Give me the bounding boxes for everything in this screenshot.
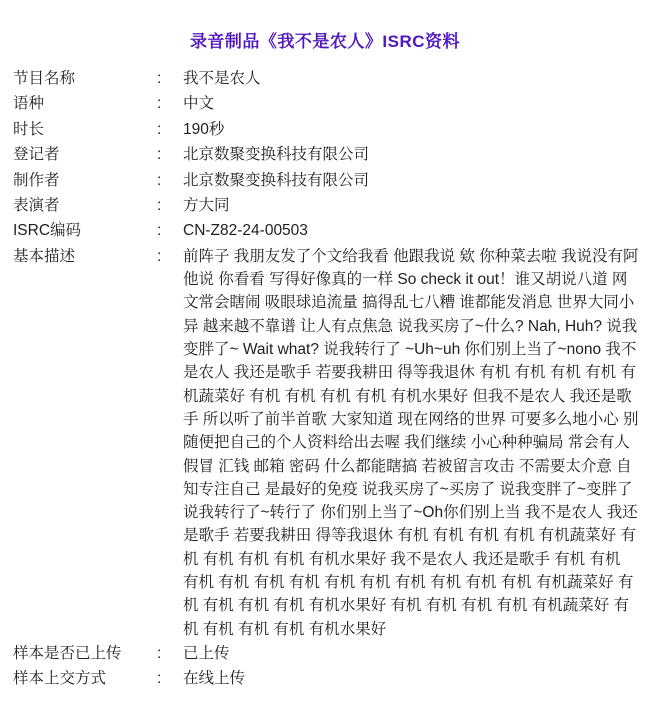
field-value-sample-uploaded: 已上传	[183, 641, 640, 666]
field-separator: :	[157, 218, 183, 243]
field-separator: :	[157, 142, 183, 167]
document-page: 录音制品《我不是农人》ISRC资料 节目名称 : 我不是农人 语种 : 中文 时…	[0, 0, 650, 716]
field-separator: :	[157, 91, 183, 116]
field-value-sample-submission: 在线上传	[183, 666, 640, 691]
field-row-isrc-code: ISRC编码 : CN-Z82-24-00503	[0, 218, 650, 243]
field-label-registrant: 登记者	[13, 142, 157, 167]
field-separator: :	[157, 117, 183, 142]
field-separator: :	[157, 666, 183, 691]
page-title: 录音制品《我不是农人》ISRC资料	[0, 30, 650, 54]
field-value-program-name: 我不是农人	[183, 66, 640, 91]
field-label-program-name: 节目名称	[13, 66, 157, 91]
field-label-isrc-code: ISRC编码	[13, 218, 157, 243]
field-row-program-name: 节目名称 : 我不是农人	[0, 66, 650, 91]
field-row-duration: 时长 : 190秒	[0, 117, 650, 142]
field-value-isrc-code: CN-Z82-24-00503	[183, 218, 640, 243]
field-row-language: 语种 : 中文	[0, 91, 650, 116]
field-label-producer: 制作者	[13, 168, 157, 193]
field-separator: :	[157, 193, 183, 218]
field-label-language: 语种	[13, 91, 157, 116]
field-row-producer: 制作者 : 北京数聚变换科技有限公司	[0, 168, 650, 193]
field-value-producer: 北京数聚变换科技有限公司	[183, 168, 640, 193]
field-label-duration: 时长	[13, 117, 157, 142]
field-separator: :	[157, 244, 183, 269]
field-value-performer: 方大同	[183, 193, 640, 218]
field-label-performer: 表演者	[13, 193, 157, 218]
fields-list: 节目名称 : 我不是农人 语种 : 中文 时长 : 190秒 登记者 : 北京数…	[0, 66, 650, 692]
field-label-sample-submission: 样本上交方式	[13, 666, 157, 691]
field-row-performer: 表演者 : 方大同	[0, 193, 650, 218]
field-row-registrant: 登记者 : 北京数聚变换科技有限公司	[0, 142, 650, 167]
field-row-sample-submission: 样本上交方式 : 在线上传	[0, 666, 650, 691]
field-separator: :	[157, 641, 183, 666]
field-value-registrant: 北京数聚变换科技有限公司	[183, 142, 640, 167]
field-row-sample-uploaded: 样本是否已上传 : 已上传	[0, 641, 650, 666]
field-row-description: 基本描述 : 前阵子 我朋友发了个文给我看 他跟我说 欸 你种菜去啦 我说没有阿…	[0, 244, 650, 641]
field-value-language: 中文	[183, 91, 640, 116]
field-value-duration: 190秒	[183, 117, 640, 142]
field-separator: :	[157, 66, 183, 91]
field-label-sample-uploaded: 样本是否已上传	[13, 641, 157, 666]
field-separator: :	[157, 168, 183, 193]
field-label-description: 基本描述	[13, 244, 157, 269]
field-value-description: 前阵子 我朋友发了个文给我看 他跟我说 欸 你种菜去啦 我说没有阿 他说 你看看…	[183, 244, 640, 641]
